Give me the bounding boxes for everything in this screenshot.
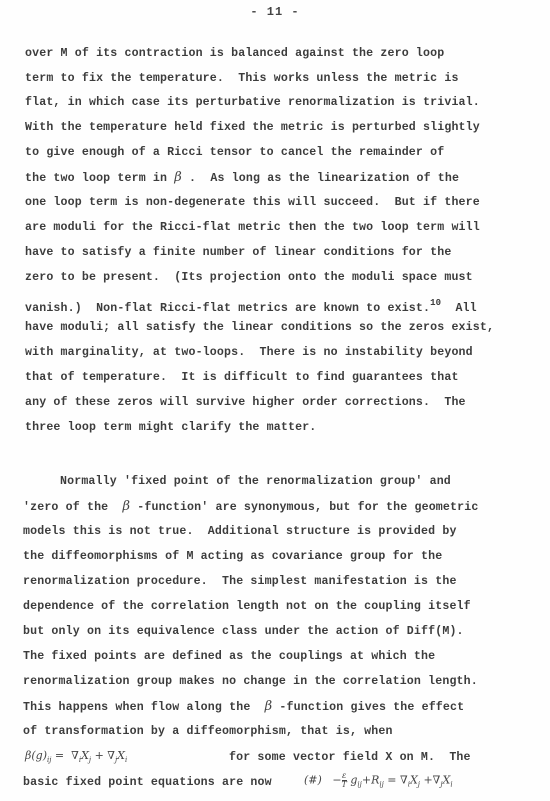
eq-term: X: [117, 749, 125, 762]
text-segment: . As long as the linearization of the: [182, 172, 459, 185]
equation-beta-diffeomorphism: β(g)ij = ∇iXj + ∇jXi: [25, 749, 127, 764]
eq-subscript: i: [450, 781, 452, 789]
eq-term: ∇: [107, 749, 115, 762]
eq-fraction: εT: [342, 772, 347, 789]
page-number: - 11 -: [0, 5, 550, 19]
text-line: basic fixed point equations are now: [23, 776, 272, 790]
text-line: are moduli for the Ricci-flat metric the…: [25, 221, 480, 235]
document-page: - 11 - over M of its contraction is bala…: [0, 0, 550, 801]
text-line: over M of its contraction is balanced ag…: [25, 47, 444, 61]
text-line: any of these zeros will survive higher o…: [25, 396, 466, 410]
text-line: Normally 'fixed point of the renormaliza…: [60, 475, 451, 489]
text-segment: the two loop term in: [25, 172, 174, 185]
eq-operator: +: [423, 774, 432, 787]
footnote-reference: 10: [430, 298, 441, 308]
text-line: one loop term is non-degenerate this wil…: [25, 196, 480, 210]
eq-subscript: ij: [379, 781, 383, 789]
text-line: flat, in which case its perturbative ren…: [25, 96, 480, 110]
eq-subscript: j: [418, 781, 420, 789]
equation-fixed-point: (#) −εT gij+Rij = ∇iXj +∇jXi: [304, 772, 453, 789]
eq-term: β(g): [25, 749, 47, 762]
text-line: term to fix the temperature. This works …: [25, 72, 459, 86]
eq-term: X: [410, 774, 418, 787]
text-line: renormalization procedure. The simplest …: [23, 575, 457, 589]
text-segment: All: [441, 302, 477, 315]
text-line: models this is not true. Additional stru…: [23, 525, 457, 539]
text-line: vanish.) Non-flat Ricci-flat metrics are…: [25, 296, 477, 316]
eq-term: ∇: [400, 774, 408, 787]
eq-operator: +: [95, 749, 104, 762]
text-line: dependence of the correlation length not…: [23, 600, 471, 614]
eq-operator: =: [55, 749, 64, 762]
eq-operator: −: [332, 774, 341, 787]
text-line: three loop term might clarify the matter…: [25, 421, 316, 435]
text-line: but only on its equivalence class under …: [23, 625, 464, 639]
text-segment: -function' are synonymous, but for the g…: [130, 501, 478, 514]
text-segment: vanish.) Non-flat Ricci-flat metrics are…: [25, 302, 430, 315]
text-line: to give enough of a Ricci tensor to canc…: [25, 146, 444, 160]
text-line: renormalization group makes no change in…: [23, 675, 478, 689]
eq-term: ∇: [71, 749, 79, 762]
eq-term: X: [81, 749, 89, 762]
eq-operator: =: [387, 774, 396, 787]
eq-subscript: j: [89, 756, 91, 764]
text-line: The fixed points are defined as the coup…: [23, 650, 435, 664]
text-line: With the temperature held fixed the metr…: [25, 121, 480, 135]
eq-subscript: ij: [47, 756, 51, 764]
text-line: the two loop term in β . As long as the …: [25, 171, 459, 186]
text-line: that of temperature. It is difficult to …: [25, 371, 459, 385]
text-line: have moduli; all satisfy the linear cond…: [25, 321, 494, 335]
text-line: have to satisfy a finite number of linea…: [25, 246, 451, 260]
text-line: 'zero of the β -function' are synonymous…: [23, 500, 478, 515]
eq-operator: +: [362, 774, 371, 787]
text-segment: 'zero of the: [23, 501, 123, 514]
text-line: zero to be present. (Its projection onto…: [25, 271, 473, 285]
text-line: for some vector field X on M. The: [229, 751, 471, 765]
text-line: of transformation by a diffeomorphism, t…: [23, 725, 393, 739]
text-segment: This happens when flow along the: [23, 701, 265, 714]
text-line: the diffeomorphisms of M acting as covar…: [23, 550, 442, 564]
text-line: with marginality, at two-loops. There is…: [25, 346, 473, 360]
text-segment: -function gives the effect: [272, 701, 464, 714]
beta-symbol: β: [174, 170, 182, 185]
eq-subscript: i: [125, 756, 127, 764]
eq-denominator: T: [342, 781, 347, 789]
equation-label: (#): [304, 774, 322, 787]
text-line: This happens when flow along the β -func…: [23, 700, 464, 715]
